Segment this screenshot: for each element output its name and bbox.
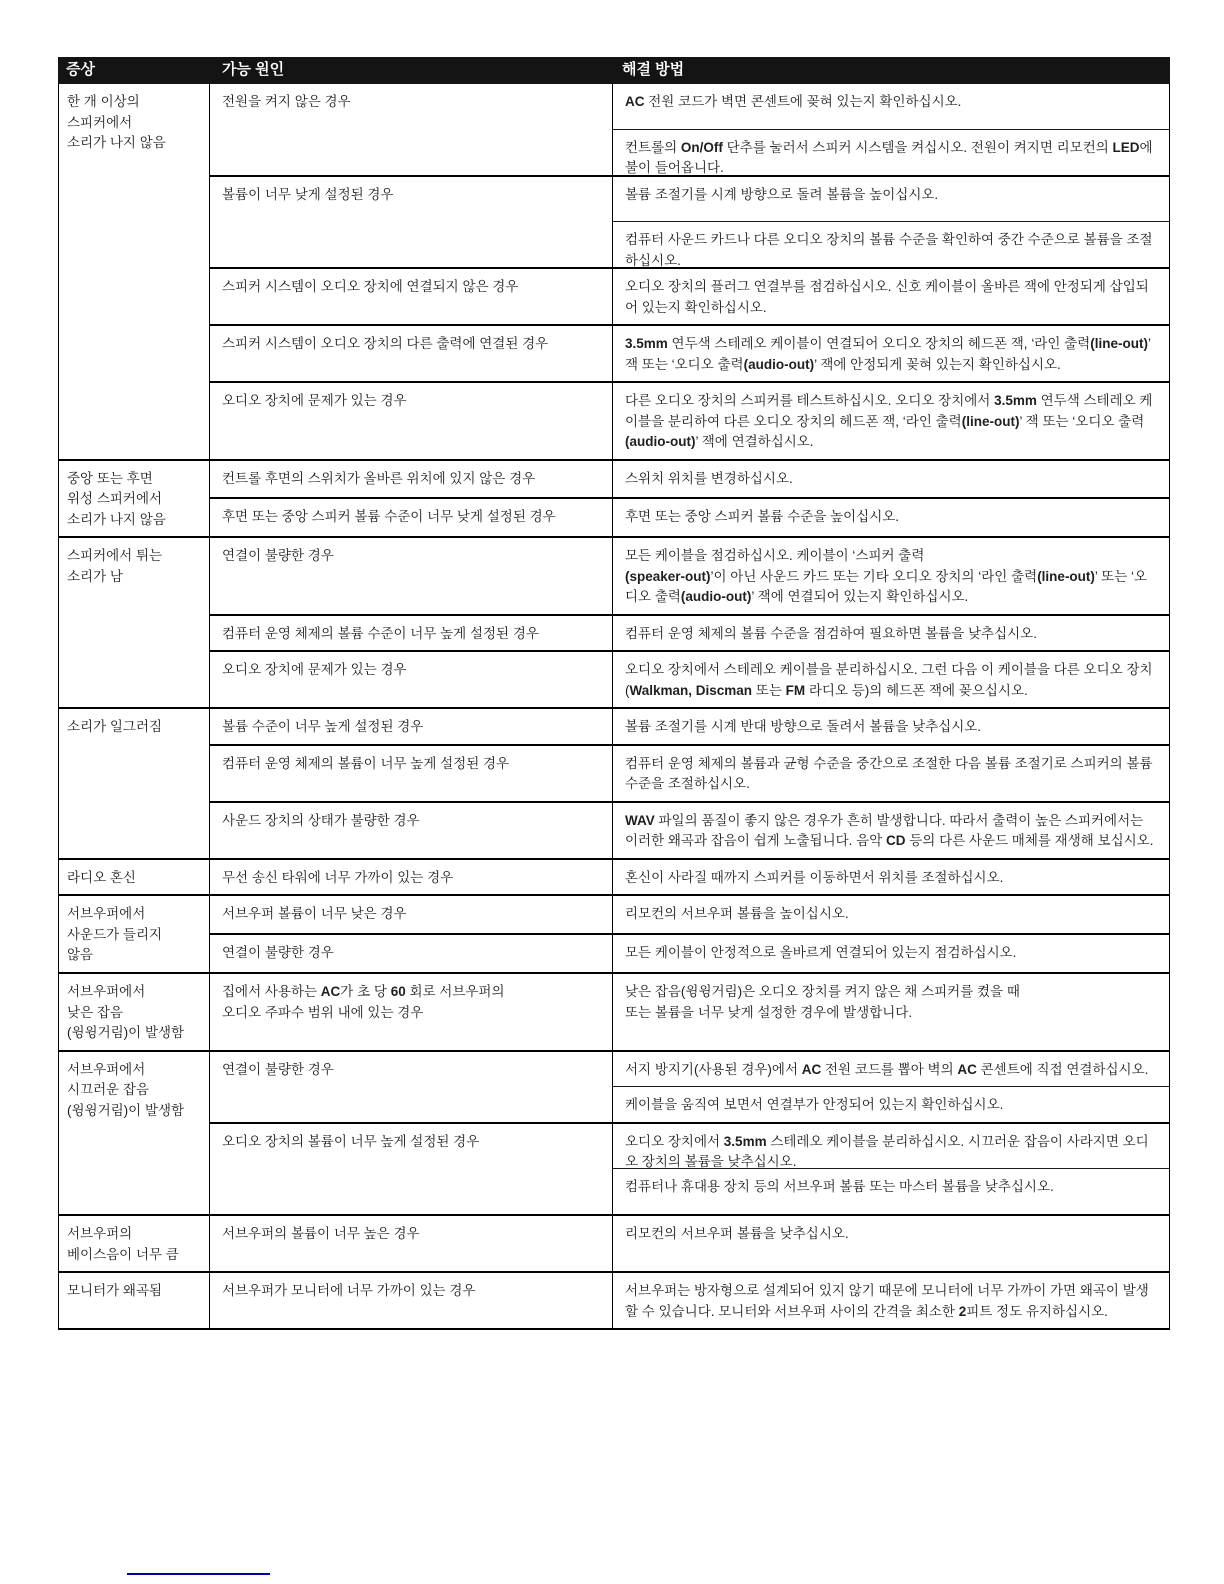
cause-row: 서브우퍼의 볼륨이 너무 높은 경우리모컨의 서브우퍼 볼륨을 낮추십시오. [210, 1216, 1169, 1271]
symptom-cell: 스피커에서 튀는 소리가 남 [59, 538, 209, 707]
solution-cell: 스위치 위치를 변경하십시오. [613, 461, 1169, 498]
solution-cell: 낮은 잡음(윙윙거림)은 오디오 장치를 켜지 않은 채 스피커를 켰을 때 또… [613, 974, 1169, 1050]
cause-cell: 볼륨 수준이 너무 높게 설정된 경우 [210, 709, 612, 744]
symptom-cell: 중앙 또는 후면 위성 스피커에서 소리가 나지 않음 [59, 461, 209, 537]
symptom-cell: 한 개 이상의 스피커에서 소리가 나지 않음 [59, 84, 209, 459]
symptom-group-row: 라디오 혼신무선 송신 타워에 너무 가까이 있는 경우혼신이 사라질 때까지 … [59, 858, 1169, 895]
cause-cell: 컨트롤 후면의 스위치가 올바른 위치에 있지 않은 경우 [210, 461, 612, 498]
solution-cell: 서브우퍼는 방자형으로 설계되어 있지 않기 때문에 모니터에 너무 가까이 가… [613, 1273, 1169, 1328]
solution-cell: 컴퓨터 운영 체제의 볼륨과 균형 수준을 중간으로 조절한 다음 볼륨 조절기… [613, 746, 1169, 801]
cause-row: 무선 송신 타워에 너무 가까이 있는 경우혼신이 사라질 때까지 스피커를 이… [210, 860, 1169, 895]
symptom-cell: 소리가 일그러짐 [59, 709, 209, 858]
header-solution: 해결 방법 [612, 59, 1170, 82]
solutions-column: 리모컨의 서브우퍼 볼륨을 높이십시오. [612, 896, 1169, 933]
causes-column: 연결이 불량한 경우모든 케이블을 점검하십시오. 케이블이 ‘스피커 출력 (… [209, 538, 1169, 707]
cause-row: 컴퓨터 운영 체제의 볼륨이 너무 높게 설정된 경우컴퓨터 운영 체제의 볼륨… [210, 744, 1169, 801]
solution-cell: 컨트롤의 On/Off 단추를 눌러서 스피커 시스템을 켜십시오. 전원이 켜… [613, 129, 1169, 175]
cause-cell: 연결이 불량한 경우 [210, 1052, 612, 1122]
cause-row: 연결이 불량한 경우모든 케이블을 점검하십시오. 케이블이 ‘스피커 출력 (… [210, 538, 1169, 614]
cause-row: 서브우퍼가 모니터에 너무 가까이 있는 경우서브우퍼는 방자형으로 설계되어 … [210, 1273, 1169, 1328]
solution-cell: 컴퓨터 사운드 카드나 다른 오디오 장치의 볼륨 수준을 확인하여 중간 수준… [613, 221, 1169, 267]
causes-column: 서브우퍼의 볼륨이 너무 높은 경우리모컨의 서브우퍼 볼륨을 낮추십시오. [209, 1216, 1169, 1271]
solutions-column: 서브우퍼는 방자형으로 설계되어 있지 않기 때문에 모니터에 너무 가까이 가… [612, 1273, 1169, 1328]
symptom-cell: 서브우퍼에서 시끄러운 잡음 (윙윙거림)이 발생함 [59, 1052, 209, 1215]
solution-cell: AC 전원 코드가 벽면 콘센트에 꽂혀 있는지 확인하십시오. [613, 84, 1169, 129]
solution-cell: 후면 또는 중앙 스피커 볼륨 수준을 높이십시오. [613, 499, 1169, 536]
solutions-column: 낮은 잡음(윙윙거림)은 오디오 장치를 켜지 않은 채 스피커를 켰을 때 또… [612, 974, 1169, 1050]
cause-row: 연결이 불량한 경우서지 방지기(사용된 경우)에서 AC 전원 코드를 뽑아 … [210, 1052, 1169, 1122]
cause-cell: 오디오 장치에 문제가 있는 경우 [210, 652, 612, 707]
cause-row: 오디오 장치에 문제가 있는 경우오디오 장치에서 스테레오 케이블을 분리하십… [210, 650, 1169, 707]
cause-cell: 연결이 불량한 경우 [210, 935, 612, 972]
symptom-group-row: 중앙 또는 후면 위성 스피커에서 소리가 나지 않음컨트롤 후면의 스위치가 … [59, 459, 1169, 537]
cause-cell: 무선 송신 타워에 너무 가까이 있는 경우 [210, 860, 612, 895]
header-cause: 가능 원인 [208, 59, 612, 82]
symptom-cell: 라디오 혼신 [59, 860, 209, 895]
solutions-column: 오디오 장치의 플러그 연결부를 점검하십시오. 신호 케이블이 올바른 잭에 … [612, 269, 1169, 324]
solutions-column: 볼륨 조절기를 시계 반대 방향으로 돌려서 볼륨을 낮추십시오. [612, 709, 1169, 744]
solution-cell: 컴퓨터나 휴대용 장치 등의 서브우퍼 볼륨 또는 마스터 볼륨을 낮추십시오. [613, 1168, 1169, 1214]
cause-row: 서브우퍼 볼륨이 너무 낮은 경우리모컨의 서브우퍼 볼륨을 높이십시오. [210, 896, 1169, 933]
solutions-column: AC 전원 코드가 벽면 콘센트에 꽂혀 있는지 확인하십시오.컨트롤의 On/… [612, 84, 1169, 175]
solutions-column: 후면 또는 중앙 스피커 볼륨 수준을 높이십시오. [612, 499, 1169, 536]
solutions-column: 리모컨의 서브우퍼 볼륨을 낮추십시오. [612, 1216, 1169, 1271]
solution-cell: 오디오 장치의 플러그 연결부를 점검하십시오. 신호 케이블이 올바른 잭에 … [613, 269, 1169, 324]
solutions-column: 오디오 장치에서 스테레오 케이블을 분리하십시오. 그런 다음 이 케이블을 … [612, 652, 1169, 707]
cause-cell: 사운드 장치의 상태가 불량한 경우 [210, 803, 612, 858]
table-header-row: 증상 가능 원인 해결 방법 [58, 57, 1170, 84]
solutions-column: WAV 파일의 품질이 좋지 않은 경우가 흔히 발생합니다. 따라서 출력이 … [612, 803, 1169, 858]
solution-cell: 리모컨의 서브우퍼 볼륨을 높이십시오. [613, 896, 1169, 933]
solution-cell: 모든 케이블을 점검하십시오. 케이블이 ‘스피커 출력 (speaker-ou… [613, 538, 1169, 614]
causes-column: 전원을 켜지 않은 경우AC 전원 코드가 벽면 콘센트에 꽂혀 있는지 확인하… [209, 84, 1169, 459]
symptom-group-row: 모니터가 왜곡됨서브우퍼가 모니터에 너무 가까이 있는 경우서브우퍼는 방자형… [59, 1271, 1169, 1328]
causes-column: 컨트롤 후면의 스위치가 올바른 위치에 있지 않은 경우스위치 위치를 변경하… [209, 461, 1169, 537]
causes-column: 서브우퍼가 모니터에 너무 가까이 있는 경우서브우퍼는 방자형으로 설계되어 … [209, 1273, 1169, 1328]
cause-cell: 볼륨이 너무 낮게 설정된 경우 [210, 177, 612, 268]
cause-row: 컨트롤 후면의 스위치가 올바른 위치에 있지 않은 경우스위치 위치를 변경하… [210, 461, 1169, 498]
cause-cell: 오디오 장치에 문제가 있는 경우 [210, 383, 612, 459]
cause-row: 집에서 사용하는 AC가 초 당 60 회로 서브우퍼의 오디오 주파수 범위 … [210, 974, 1169, 1050]
symptom-group-row: 한 개 이상의 스피커에서 소리가 나지 않음전원을 켜지 않은 경우AC 전원… [59, 84, 1169, 459]
solution-cell: 3.5mm 연두색 스테레오 케이블이 연결되어 오디오 장치의 헤드폰 잭, … [613, 326, 1169, 381]
symptom-group-row: 서브우퍼에서 시끄러운 잡음 (윙윙거림)이 발생함연결이 불량한 경우서지 방… [59, 1050, 1169, 1215]
cause-row: 스피커 시스템이 오디오 장치에 연결되지 않은 경우오디오 장치의 플러그 연… [210, 267, 1169, 324]
solutions-column: 다른 오디오 장치의 스피커를 테스트하십시오. 오디오 장치에서 3.5mm … [612, 383, 1169, 459]
symptom-cell: 모니터가 왜곡됨 [59, 1273, 209, 1328]
symptom-group-row: 스피커에서 튀는 소리가 남연결이 불량한 경우모든 케이블을 점검하십시오. … [59, 536, 1169, 707]
cause-row: 후면 또는 중앙 스피커 볼륨 수준이 너무 낮게 설정된 경우후면 또는 중앙… [210, 497, 1169, 536]
symptom-cell: 서브우퍼에서 낮은 잡음 (윙윙거림)이 발생함 [59, 974, 209, 1050]
footer-link-underline [127, 1573, 270, 1575]
solution-cell: 모든 케이블이 안정적으로 올바르게 연결되어 있는지 점검하십시오. [613, 935, 1169, 972]
cause-row: 스피커 시스템이 오디오 장치의 다른 출력에 연결된 경우3.5mm 연두색 … [210, 324, 1169, 381]
cause-cell: 전원을 켜지 않은 경우 [210, 84, 612, 175]
solutions-column: 서지 방지기(사용된 경우)에서 AC 전원 코드를 뽑아 벽의 AC 콘센트에… [612, 1052, 1169, 1122]
cause-cell: 서브우퍼 볼륨이 너무 낮은 경우 [210, 896, 612, 933]
solutions-column: 혼신이 사라질 때까지 스피커를 이동하면서 위치를 조절하십시오. [612, 860, 1169, 895]
cause-cell: 서브우퍼가 모니터에 너무 가까이 있는 경우 [210, 1273, 612, 1328]
cause-cell: 집에서 사용하는 AC가 초 당 60 회로 서브우퍼의 오디오 주파수 범위 … [210, 974, 612, 1050]
causes-column: 집에서 사용하는 AC가 초 당 60 회로 서브우퍼의 오디오 주파수 범위 … [209, 974, 1169, 1050]
cause-cell: 컴퓨터 운영 체제의 볼륨이 너무 높게 설정된 경우 [210, 746, 612, 801]
causes-column: 연결이 불량한 경우서지 방지기(사용된 경우)에서 AC 전원 코드를 뽑아 … [209, 1052, 1169, 1215]
solutions-column: 컴퓨터 운영 체제의 볼륨과 균형 수준을 중간으로 조절한 다음 볼륨 조절기… [612, 746, 1169, 801]
solution-cell: 케이블을 움직여 보면서 연결부가 안정되어 있는지 확인하십시오. [613, 1086, 1169, 1122]
cause-cell: 스피커 시스템이 오디오 장치에 연결되지 않은 경우 [210, 269, 612, 324]
causes-column: 서브우퍼 볼륨이 너무 낮은 경우리모컨의 서브우퍼 볼륨을 높이십시오.연결이… [209, 896, 1169, 972]
solution-cell: 리모컨의 서브우퍼 볼륨을 낮추십시오. [613, 1216, 1169, 1271]
troubleshooting-table-body: 한 개 이상의 스피커에서 소리가 나지 않음전원을 켜지 않은 경우AC 전원… [58, 84, 1170, 1330]
solutions-column: 컴퓨터 운영 체제의 볼륨 수준을 점검하여 필요하면 볼륨을 낮추십시오. [612, 616, 1169, 651]
cause-cell: 오디오 장치의 볼륨이 너무 높게 설정된 경우 [210, 1124, 612, 1215]
solution-cell: 볼륨 조절기를 시계 방향으로 돌려 볼륨을 높이십시오. [613, 177, 1169, 222]
solution-cell: 다른 오디오 장치의 스피커를 테스트하십시오. 오디오 장치에서 3.5mm … [613, 383, 1169, 459]
solution-cell: 오디오 장치에서 스테레오 케이블을 분리하십시오. 그런 다음 이 케이블을 … [613, 652, 1169, 707]
causes-column: 볼륨 수준이 너무 높게 설정된 경우볼륨 조절기를 시계 반대 방향으로 돌려… [209, 709, 1169, 858]
cause-cell: 서브우퍼의 볼륨이 너무 높은 경우 [210, 1216, 612, 1271]
symptom-cell: 서브우퍼의 베이스음이 너무 큼 [59, 1216, 209, 1271]
solution-cell: 서지 방지기(사용된 경우)에서 AC 전원 코드를 뽑아 벽의 AC 콘센트에… [613, 1052, 1169, 1087]
solutions-column: 볼륨 조절기를 시계 방향으로 돌려 볼륨을 높이십시오.컴퓨터 사운드 카드나… [612, 177, 1169, 268]
solution-cell: WAV 파일의 품질이 좋지 않은 경우가 흔히 발생합니다. 따라서 출력이 … [613, 803, 1169, 858]
causes-column: 무선 송신 타워에 너무 가까이 있는 경우혼신이 사라질 때까지 스피커를 이… [209, 860, 1169, 895]
troubleshooting-table: 증상 가능 원인 해결 방법 한 개 이상의 스피커에서 소리가 나지 않음전원… [58, 57, 1170, 1330]
cause-row: 컴퓨터 운영 체제의 볼륨 수준이 너무 높게 설정된 경우컴퓨터 운영 체제의… [210, 614, 1169, 651]
header-symptom: 증상 [58, 59, 208, 82]
cause-row: 전원을 켜지 않은 경우AC 전원 코드가 벽면 콘센트에 꽂혀 있는지 확인하… [210, 84, 1169, 175]
symptom-group-row: 서브우퍼의 베이스음이 너무 큼서브우퍼의 볼륨이 너무 높은 경우리모컨의 서… [59, 1214, 1169, 1271]
solution-cell: 컴퓨터 운영 체제의 볼륨 수준을 점검하여 필요하면 볼륨을 낮추십시오. [613, 616, 1169, 651]
solution-cell: 볼륨 조절기를 시계 반대 방향으로 돌려서 볼륨을 낮추십시오. [613, 709, 1169, 744]
cause-row: 오디오 장치의 볼륨이 너무 높게 설정된 경우오디오 장치에서 3.5mm 스… [210, 1122, 1169, 1215]
cause-cell: 후면 또는 중앙 스피커 볼륨 수준이 너무 낮게 설정된 경우 [210, 499, 612, 536]
solution-cell: 혼신이 사라질 때까지 스피커를 이동하면서 위치를 조절하십시오. [613, 860, 1169, 895]
solutions-column: 3.5mm 연두색 스테레오 케이블이 연결되어 오디오 장치의 헤드폰 잭, … [612, 326, 1169, 381]
cause-row: 볼륨 수준이 너무 높게 설정된 경우볼륨 조절기를 시계 반대 방향으로 돌려… [210, 709, 1169, 744]
solutions-column: 오디오 장치에서 3.5mm 스테레오 케이블을 분리하십시오. 시끄러운 잡음… [612, 1124, 1169, 1215]
solutions-column: 모든 케이블이 안정적으로 올바르게 연결되어 있는지 점검하십시오. [612, 935, 1169, 972]
solution-cell: 오디오 장치에서 3.5mm 스테레오 케이블을 분리하십시오. 시끄러운 잡음… [613, 1124, 1169, 1169]
cause-row: 사운드 장치의 상태가 불량한 경우WAV 파일의 품질이 좋지 않은 경우가 … [210, 801, 1169, 858]
symptom-group-row: 소리가 일그러짐볼륨 수준이 너무 높게 설정된 경우볼륨 조절기를 시계 반대… [59, 707, 1169, 858]
cause-cell: 스피커 시스템이 오디오 장치의 다른 출력에 연결된 경우 [210, 326, 612, 381]
cause-row: 연결이 불량한 경우모든 케이블이 안정적으로 올바르게 연결되어 있는지 점검… [210, 933, 1169, 972]
symptom-group-row: 서브우퍼에서 낮은 잡음 (윙윙거림)이 발생함집에서 사용하는 AC가 초 당… [59, 972, 1169, 1050]
cause-row: 오디오 장치에 문제가 있는 경우다른 오디오 장치의 스피커를 테스트하십시오… [210, 381, 1169, 459]
cause-cell: 컴퓨터 운영 체제의 볼륨 수준이 너무 높게 설정된 경우 [210, 616, 612, 651]
cause-cell: 연결이 불량한 경우 [210, 538, 612, 614]
symptom-group-row: 서브우퍼에서 사운드가 들리지 않음서브우퍼 볼륨이 너무 낮은 경우리모컨의 … [59, 894, 1169, 972]
symptom-cell: 서브우퍼에서 사운드가 들리지 않음 [59, 896, 209, 972]
solutions-column: 모든 케이블을 점검하십시오. 케이블이 ‘스피커 출력 (speaker-ou… [612, 538, 1169, 614]
cause-row: 볼륨이 너무 낮게 설정된 경우볼륨 조절기를 시계 방향으로 돌려 볼륨을 높… [210, 175, 1169, 268]
solutions-column: 스위치 위치를 변경하십시오. [612, 461, 1169, 498]
